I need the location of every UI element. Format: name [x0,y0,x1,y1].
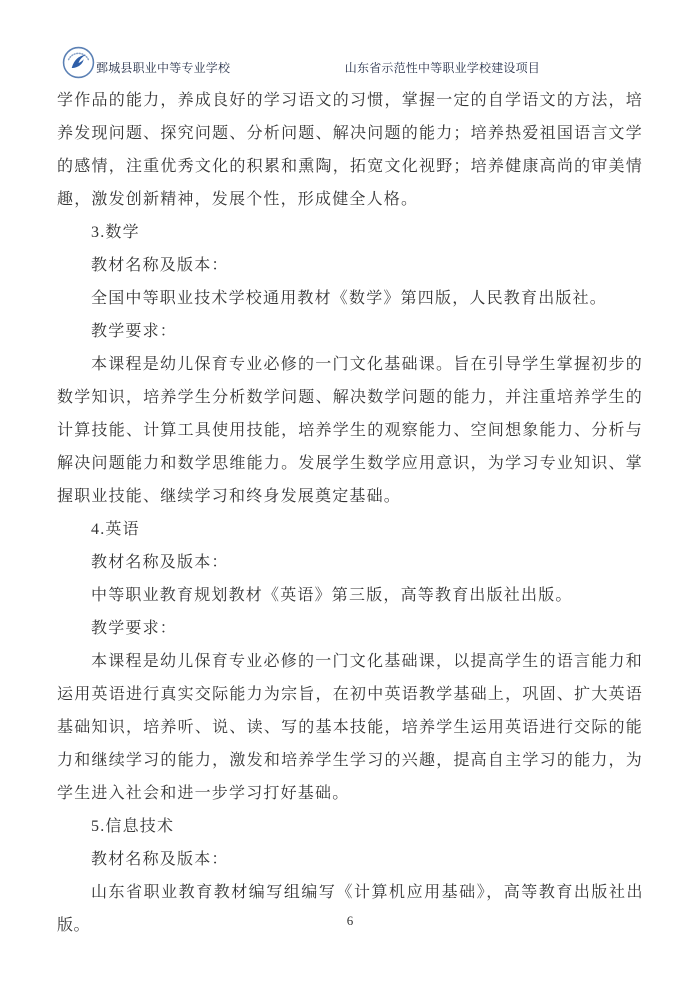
page-number: 6 [347,913,354,928]
header-project-name: 山东省示范性中等职业学校建设项目 [345,59,540,79]
document-body: 学作品的能力，养成良好的学习语文的习惯，掌握一定的自学语文的方法，培养发现问题、… [57,84,643,942]
textbook-name-it: 山东省职业教育教材编写组编写《计算机应用基础》，高等教育出版社出版。 [57,876,643,942]
textbook-name-english: 中等职业教育规划教材《英语》第三版，高等教育出版社出版。 [57,579,643,612]
section-heading-it: 5.信息技术 [57,810,643,843]
paragraph-chinese-goals-continuation: 学作品的能力，养成良好的学习语文的习惯，掌握一定的自学语文的方法，培养发现问题、… [57,84,643,216]
paragraph-english-requirements: 本课程是幼儿保育专业必修的一门文化基础课，以提高学生的语言能力和运用英语进行真实… [57,645,643,810]
section-heading-english: 4.英语 [57,513,643,546]
requirements-label-english: 教学要求： [57,612,643,645]
document-page: 鄄城县职业中等专业学校 山东省示范性中等职业学校建设项目 学作品的能力，养成良好… [0,0,700,990]
requirements-label-math: 教学要求： [57,315,643,348]
textbook-name-math: 全国中等职业技术学校通用教材《数学》第四版，人民教育出版社。 [57,282,643,315]
textbook-label-math: 教材名称及版本： [57,249,643,282]
header-school-name: 鄄城县职业中等专业学校 [96,59,230,79]
paragraph-math-requirements: 本课程是幼儿保育专业必修的一门文化基础课。旨在引导学生掌握初步的数学知识，培养学… [57,348,643,513]
section-heading-math: 3.数学 [57,216,643,249]
school-seal-icon [62,46,95,79]
textbook-label-english: 教材名称及版本： [57,546,643,579]
page-footer: 6 [0,912,700,930]
page-header: 鄄城县职业中等专业学校 山东省示范性中等职业学校建设项目 [0,46,700,79]
textbook-label-it: 教材名称及版本： [57,843,643,876]
